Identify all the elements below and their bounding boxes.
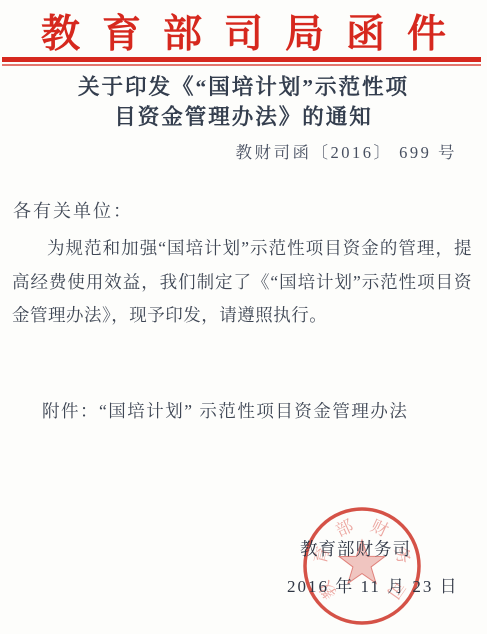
letterhead-banner: 教育部司局函件 <box>0 3 487 59</box>
body-paragraph: 为规范和加强“国培计划”示范性项目资金的管理，提高经费使用效益，我们制定了《“国… <box>12 232 472 333</box>
document-title-line1: 关于印发《“国培计划”示范性项 <box>0 72 487 102</box>
document-number: 教财司函〔2016〕 699 号 <box>236 139 458 163</box>
salutation: 各有关单位： <box>13 197 133 223</box>
official-seal: 教 育 部 财 务 司 <box>292 496 432 634</box>
signature-department: 教育部财务司 <box>300 536 411 561</box>
document-page: 教育部司局函件 关于印发《“国培计划”示范性项 目资金管理办法》的通知 教财司函… <box>0 0 487 634</box>
attachment-line: 附件：“国培计划” 示范性项目资金管理办法 <box>42 398 408 423</box>
document-title: 关于印发《“国培计划”示范性项 目资金管理办法》的通知 <box>0 72 487 132</box>
letterhead-rule-thick <box>2 57 481 62</box>
letterhead-rule-thin <box>2 64 481 66</box>
document-title-line2: 目资金管理办法》的通知 <box>0 102 487 132</box>
signature-date: 2016 年 11 月 23 日 <box>287 572 459 597</box>
